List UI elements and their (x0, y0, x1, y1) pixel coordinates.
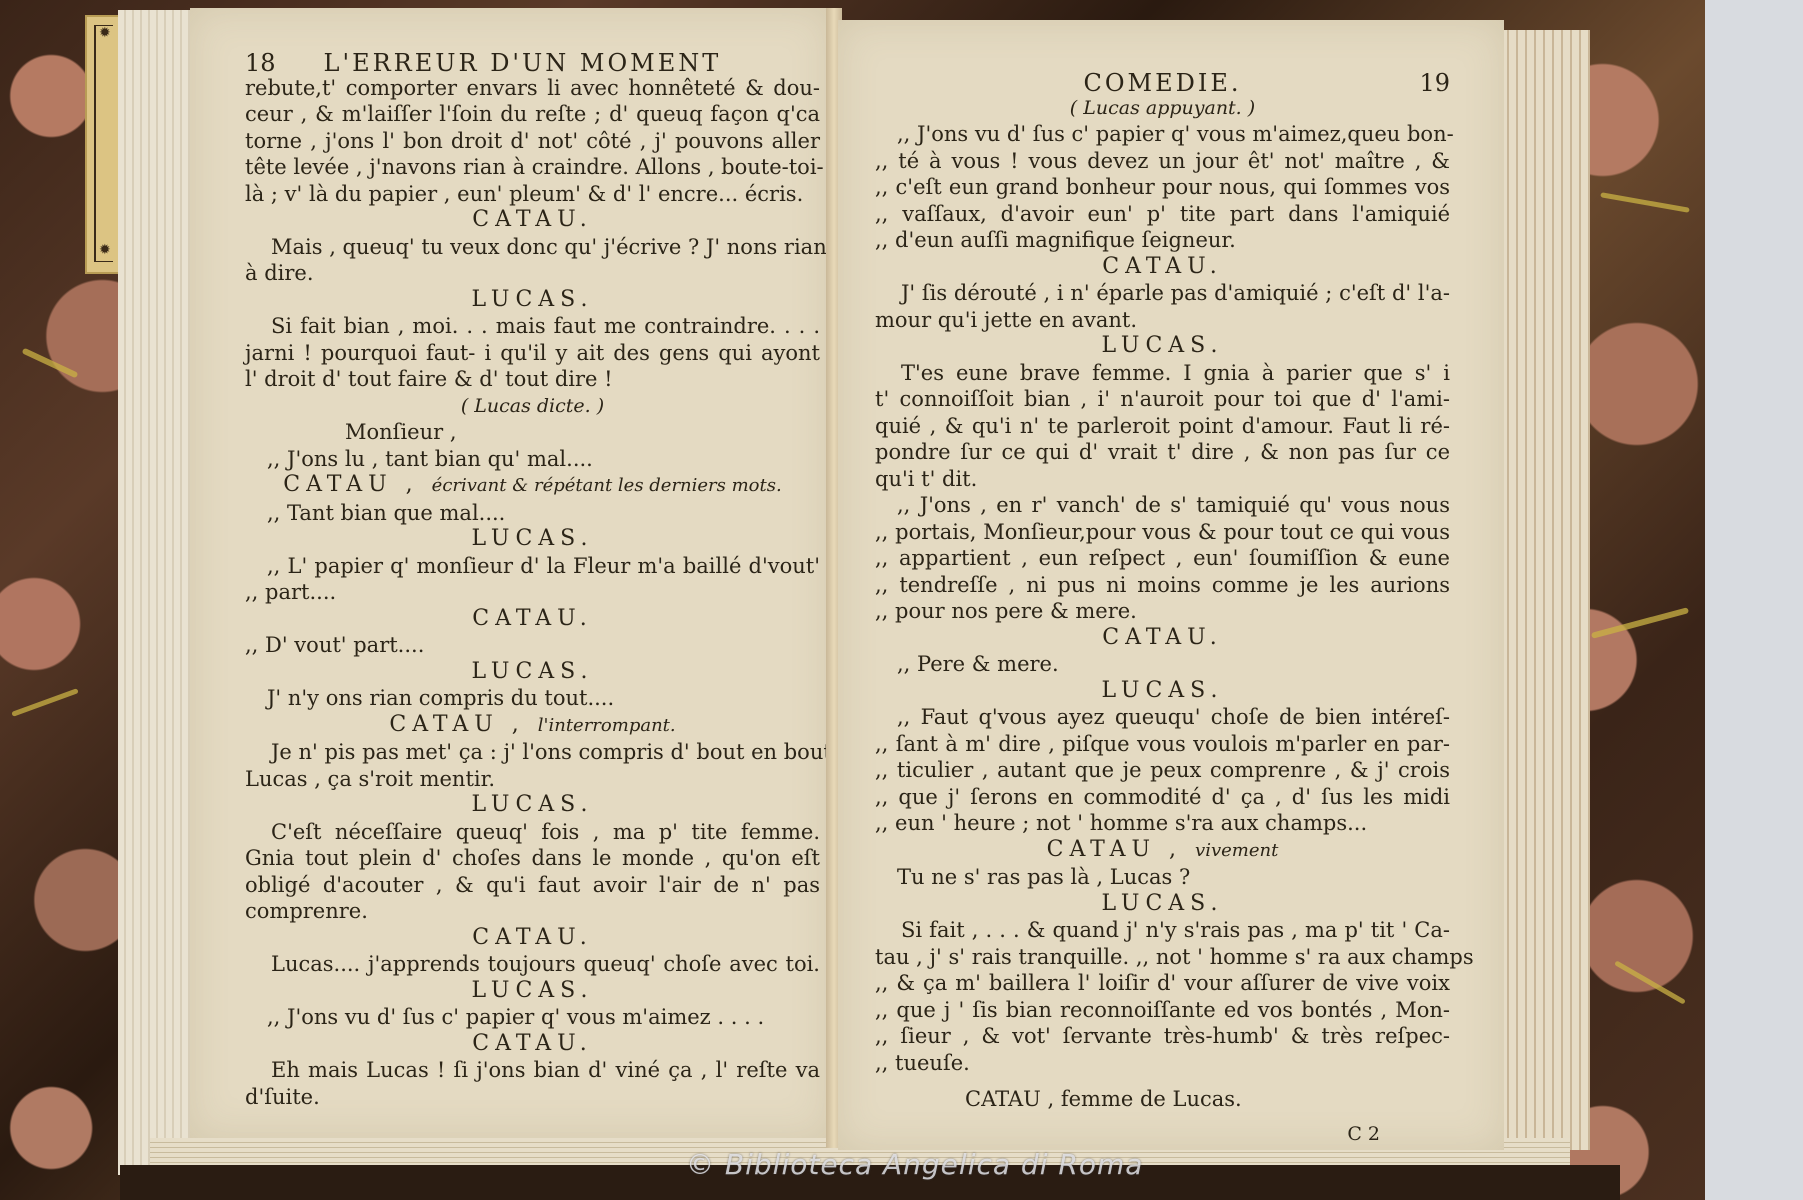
speaker-name: LUCAS. (875, 891, 1450, 918)
page-number: 19 (1419, 70, 1450, 97)
text-line: Je n' pis pas met' ça : j' l'ons compris… (245, 739, 820, 766)
text-line: ,, vaſſaux, d'avoir eun' p' tite part da… (875, 201, 1450, 228)
signature-line: CATAU , femme de Lucas. (875, 1086, 1450, 1113)
page-number: 18 (245, 50, 276, 77)
text-line: qu'i t' dit. (875, 466, 1450, 493)
text-line: ,, ticulier , autant que je peux compren… (875, 757, 1450, 784)
text-line: ,, d'eun auſſi magnifique ſeigneur. (875, 227, 1450, 254)
right-page-body: ( Lucas appuyant. ),, J'ons vu d' ſus c'… (875, 95, 1450, 1077)
text-line: tau , j' s' rais tranquille. ,, not ' ho… (875, 944, 1450, 971)
stage-direction: écrivant & répétant les derniers mots. (432, 475, 782, 496)
text-line: ,, J'ons vu d' ſus c' papier q' vous m'a… (875, 121, 1450, 148)
running-head: COMEDIE. 19 (875, 70, 1450, 97)
speaker-name: CATAU , (389, 712, 537, 737)
text-line: quié , & qu'i n' te parleroit point d'am… (875, 413, 1450, 440)
text-line: ,, tendreſſe , ni pus ni moins comme je … (875, 572, 1450, 599)
text-line: là ; v' là du papier , eun' pleum' & d' … (245, 181, 820, 208)
speaker-with-direction: CATAU , vivement (875, 837, 1450, 865)
text-line: à dire. (245, 260, 820, 287)
text-line: tête levée , j'navons rian à craindre. A… (245, 154, 820, 181)
right-page: COMEDIE. 19 ( Lucas appuyant. ),, J'ons … (838, 20, 1504, 1150)
left-page-body: rebute,t' comporter envars li avec honnê… (245, 75, 820, 1111)
text-line: obligé d'acouter , & qu'i faut avoir l'a… (245, 872, 820, 899)
speaker-name: LUCAS. (245, 526, 820, 553)
text-line: comprenre. (245, 898, 820, 925)
text-line: ,, eun ' heure ; not ' homme s'ra aux ch… (875, 810, 1450, 837)
text-line: ,, portais, Monſieur,pour vous & pour to… (875, 519, 1450, 546)
speaker-name: CATAU. (245, 606, 820, 633)
text-line: C'eſt néceſſaire queuq' fois , ma p' tit… (245, 819, 820, 846)
text-line: ceur , & m'laiſſer l'ſoin du reſte ; d' … (245, 101, 820, 128)
text-line: ,, pour nos pere & mere. (875, 598, 1450, 625)
left-page: 18 L'ERREUR D'UN MOMENT rebute,t' compor… (190, 8, 830, 1138)
text-line: ,, c'eſt eun grand bonheur pour nous, qu… (875, 174, 1450, 201)
speaker-name: LUCAS. (875, 678, 1450, 705)
text-line: Monſieur , (245, 419, 820, 446)
speaker-name: LUCAS. (875, 333, 1450, 360)
text-line: ,, part.... (245, 579, 820, 606)
text-line: ,, que j ' ſis bian reconnoiſſante ed vo… (875, 997, 1450, 1024)
text-line: ,, J'ons , en r' vanch' de s' tamiquié q… (875, 492, 1450, 519)
speaker-name: CATAU. (875, 254, 1450, 281)
text-line: J' n'y ons rian compris du tout.... (245, 685, 820, 712)
text-line: Lucas.... j'apprends toujours queuq' cho… (245, 951, 820, 978)
text-line: ,, té à vous ! vous devez un jour êt' no… (875, 148, 1450, 175)
speaker-name: LUCAS. (245, 978, 820, 1005)
speaker-name: LUCAS. (245, 659, 820, 686)
text-line: ,, J'ons vu d' ſus c' papier q' vous m'a… (245, 1004, 820, 1031)
stage-direction: ( Lucas dicte. ) (245, 393, 820, 420)
text-line: ,, L' papier q' monſieur d' la Fleur m'a… (245, 553, 820, 580)
text-line: l' droit d' tout faire & d' tout dire ! (245, 366, 820, 393)
right-page-edges (1500, 30, 1590, 1150)
speaker-name: CATAU. (875, 625, 1450, 652)
speaker-with-direction: CATAU , l'interrompant. (245, 712, 820, 740)
text-line: ,, Tant bian que mal.... (245, 500, 820, 527)
text-line: rebute,t' comporter envars li avec honnê… (245, 75, 820, 102)
stage-direction: l'interrompant. (538, 715, 676, 736)
star-ornament-icon: ✹ (99, 25, 111, 41)
text-line: ,, Faut q'vous ayez queuqu' choſe de bie… (875, 704, 1450, 731)
left-page-edges (118, 10, 198, 1175)
speaker-name: CATAU. (245, 207, 820, 234)
text-line: ,, ſant à m' dire , piſque vous voulois … (875, 731, 1450, 758)
star-ornament-icon: ✹ (99, 242, 111, 258)
text-line: t' connoiſſoit bian , i' n'auroit pour t… (875, 386, 1450, 413)
stage-direction: ( Lucas appuyant. ) (875, 95, 1450, 122)
text-line: ,, ſieur , & vot' ſervante très-humb' & … (875, 1023, 1450, 1050)
text-line: Si fait bian , moi. . . mais faut me con… (245, 313, 820, 340)
right-page-text: COMEDIE. 19 ( Lucas appuyant. ),, J'ons … (875, 70, 1450, 1147)
running-head-title: COMEDIE. (1083, 70, 1241, 97)
text-line: Si fait , . . . & quand j' n'y s'rais pa… (875, 917, 1450, 944)
text-line: ,, D' vout' part.... (245, 632, 820, 659)
text-line: jarni ! pourquoi faut- i qu'il y ait des… (245, 340, 820, 367)
text-line: mour qu'i jette en avant. (875, 307, 1450, 334)
text-line: J' ſis dérouté , i n' éparle pas d'amiqu… (875, 280, 1450, 307)
text-line: ,, J'ons lu , tant bian qu' mal.... (245, 446, 820, 473)
text-line: Eh mais Lucas ! ſi j'ons bian d' viné ça… (245, 1057, 820, 1084)
text-line: ,, appartient , eun reſpect , eun' ſoumi… (875, 545, 1450, 572)
text-line: ,, Pere & mere. (875, 651, 1450, 678)
speaker-name: CATAU , (1047, 837, 1195, 862)
text-line: Lucas , ça s'roit mentir. (245, 766, 820, 793)
text-line: T'es eune brave femme. I gnia à parier q… (875, 360, 1450, 387)
text-line: Tu ne s' ras pas là , Lucas ? (875, 864, 1450, 891)
speaker-name: CATAU. (245, 925, 820, 952)
text-line: Gnia tout plein d' choſes dans le monde … (245, 845, 820, 872)
signature-mark: C 2 (875, 1121, 1450, 1148)
stage-direction: vivement (1195, 840, 1278, 861)
left-page-text: 18 L'ERREUR D'UN MOMENT rebute,t' compor… (245, 50, 820, 1110)
text-line: ,, tueuſe. (875, 1050, 1450, 1077)
text-line: pondre ſur ce qui d' vrait t' dire , & n… (875, 439, 1450, 466)
copyright-watermark: © Biblioteca Angelica di Roma (686, 1148, 1143, 1181)
speaker-name: CATAU , (283, 472, 431, 497)
text-line: torne , j'ons l' bon droit d' not' côté … (245, 128, 820, 155)
speaker-name: LUCAS. (245, 792, 820, 819)
running-head-title: L'ERREUR D'UN MOMENT (324, 50, 722, 77)
speaker-name: LUCAS. (245, 287, 820, 314)
running-head: 18 L'ERREUR D'UN MOMENT (245, 50, 820, 77)
speaker-name: CATAU. (245, 1031, 820, 1058)
speaker-with-direction: CATAU , écrivant & répétant les derniers… (245, 472, 820, 500)
text-line: ,, que j' ſerons en commodité d' ça , d'… (875, 784, 1450, 811)
text-line: d'ſuite. (245, 1084, 820, 1111)
text-line: ,, & ça m' baillera l' loiſir d' vour aſ… (875, 970, 1450, 997)
text-line: Mais , queuq' tu veux donc qu' j'écrive … (245, 234, 820, 261)
